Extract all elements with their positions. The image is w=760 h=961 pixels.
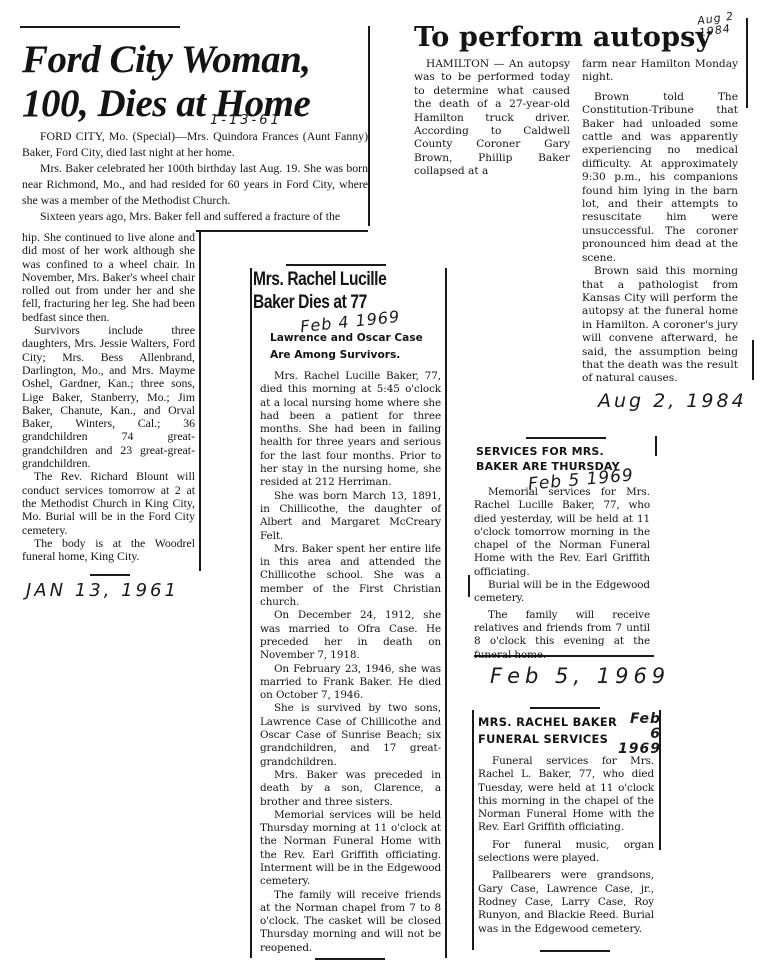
paragraph: Mrs. Rachel Lucille Baker, 77, died this…	[260, 370, 441, 490]
funeral-services-body: Funeral services for Mrs. Rachel L. Bake…	[478, 755, 654, 936]
handwritten-date: Aug 2, 1984	[598, 390, 747, 412]
handwritten-date-top: 1-13-61	[210, 113, 282, 128]
top-rule	[20, 26, 180, 28]
top-rule	[526, 437, 606, 439]
end-rule	[540, 950, 610, 952]
paragraph: Brown said this morning that a pathologi…	[582, 265, 738, 386]
paragraph: Pallbearers were grandsons, Gary Case, L…	[478, 869, 654, 935]
rachel-dies-headline: Mrs. Rachel Lucille Baker Dies at 77	[253, 268, 409, 314]
paragraph: Funeral services for Mrs. Rachel L. Bake…	[478, 755, 654, 835]
paragraph: Brown told The Constitution-Tribune that…	[582, 91, 738, 265]
column-border	[250, 268, 252, 958]
column-border	[655, 436, 657, 456]
paragraph: Survivors include three daughters, Mrs. …	[22, 324, 195, 470]
paragraph: The body is at the Woodrel funeral home,…	[22, 537, 195, 564]
paragraph: Mrs. Baker celebrated her 100th birthday…	[22, 160, 368, 208]
paragraph: Burial will be in the Edgewood cemetery.	[474, 579, 650, 606]
handwritten-date: Feb 5, 1969	[490, 664, 670, 688]
column-border	[445, 268, 447, 958]
handwritten-date: Feb 6 1969	[617, 712, 661, 757]
paragraph: FORD CITY, Mo. (Special)—Mrs. Quindora F…	[22, 128, 368, 160]
paragraph: For funeral music, organ selections were…	[478, 839, 654, 866]
paragraph: Memorial services will be held Thursday …	[260, 809, 441, 889]
paragraph: She is survived by two sons, Lawrence Ca…	[260, 702, 441, 768]
paragraph: HAMILTON — An autopsy was to be performe…	[414, 58, 570, 179]
end-rule	[315, 958, 385, 960]
handwritten-date: JAN 13, 1961	[26, 580, 179, 601]
ford-city-headline: Ford City Woman, 100, Dies at Home	[22, 38, 362, 126]
paragraph: On February 23, 1946, she was married to…	[260, 663, 441, 703]
autopsy-column-1: HAMILTON — An autopsy was to be performe…	[414, 58, 570, 179]
paragraph: Mrs. Baker spent her entire life in this…	[260, 543, 441, 609]
autopsy-column-2: farm near Hamilton Monday night. Brown t…	[582, 58, 738, 386]
paragraph: On December 24, 1912, she was married to…	[260, 609, 441, 662]
paragraph: The family will receive relatives and fr…	[474, 609, 650, 662]
ford-city-lead: FORD CITY, Mo. (Special)—Mrs. Quindora F…	[22, 128, 368, 224]
top-rule	[286, 264, 386, 266]
paragraph: The family will receive friends at the N…	[260, 889, 441, 955]
autopsy-headline: To perform autopsy	[414, 22, 711, 54]
ford-city-column: hip. She continued to live alone and did…	[22, 231, 195, 563]
end-rule	[90, 574, 130, 576]
top-rule	[530, 707, 600, 709]
column-border	[199, 231, 201, 571]
column-border	[472, 710, 474, 950]
column-border	[368, 26, 370, 226]
paragraph: Mrs. Baker was preceded in death by a so…	[260, 769, 441, 809]
handwritten-date-top: Aug 2 1984	[697, 9, 750, 40]
paragraph: hip. She continued to live alone and did…	[22, 231, 195, 324]
rachel-dies-subheadline: Lawrence and Oscar Case Are Among Surviv…	[270, 330, 442, 364]
paragraph: farm near Hamilton Monday night.	[582, 58, 738, 85]
paragraph: She was born March 13, 1891, in Chillico…	[260, 490, 441, 543]
rachel-dies-body: Mrs. Rachel Lucille Baker, 77, died this…	[260, 370, 441, 955]
services-thursday-body: Memorial services for Mrs. Rachel Lucill…	[474, 486, 650, 662]
column-border	[468, 575, 470, 597]
column-border	[752, 340, 754, 380]
paragraph: Sixteen years ago, Mrs. Baker fell and s…	[22, 208, 368, 224]
paragraph: Memorial services for Mrs. Rachel Lucill…	[474, 486, 650, 579]
paragraph: The Rev. Richard Blount will conduct ser…	[22, 470, 195, 536]
column-rule	[196, 230, 368, 232]
